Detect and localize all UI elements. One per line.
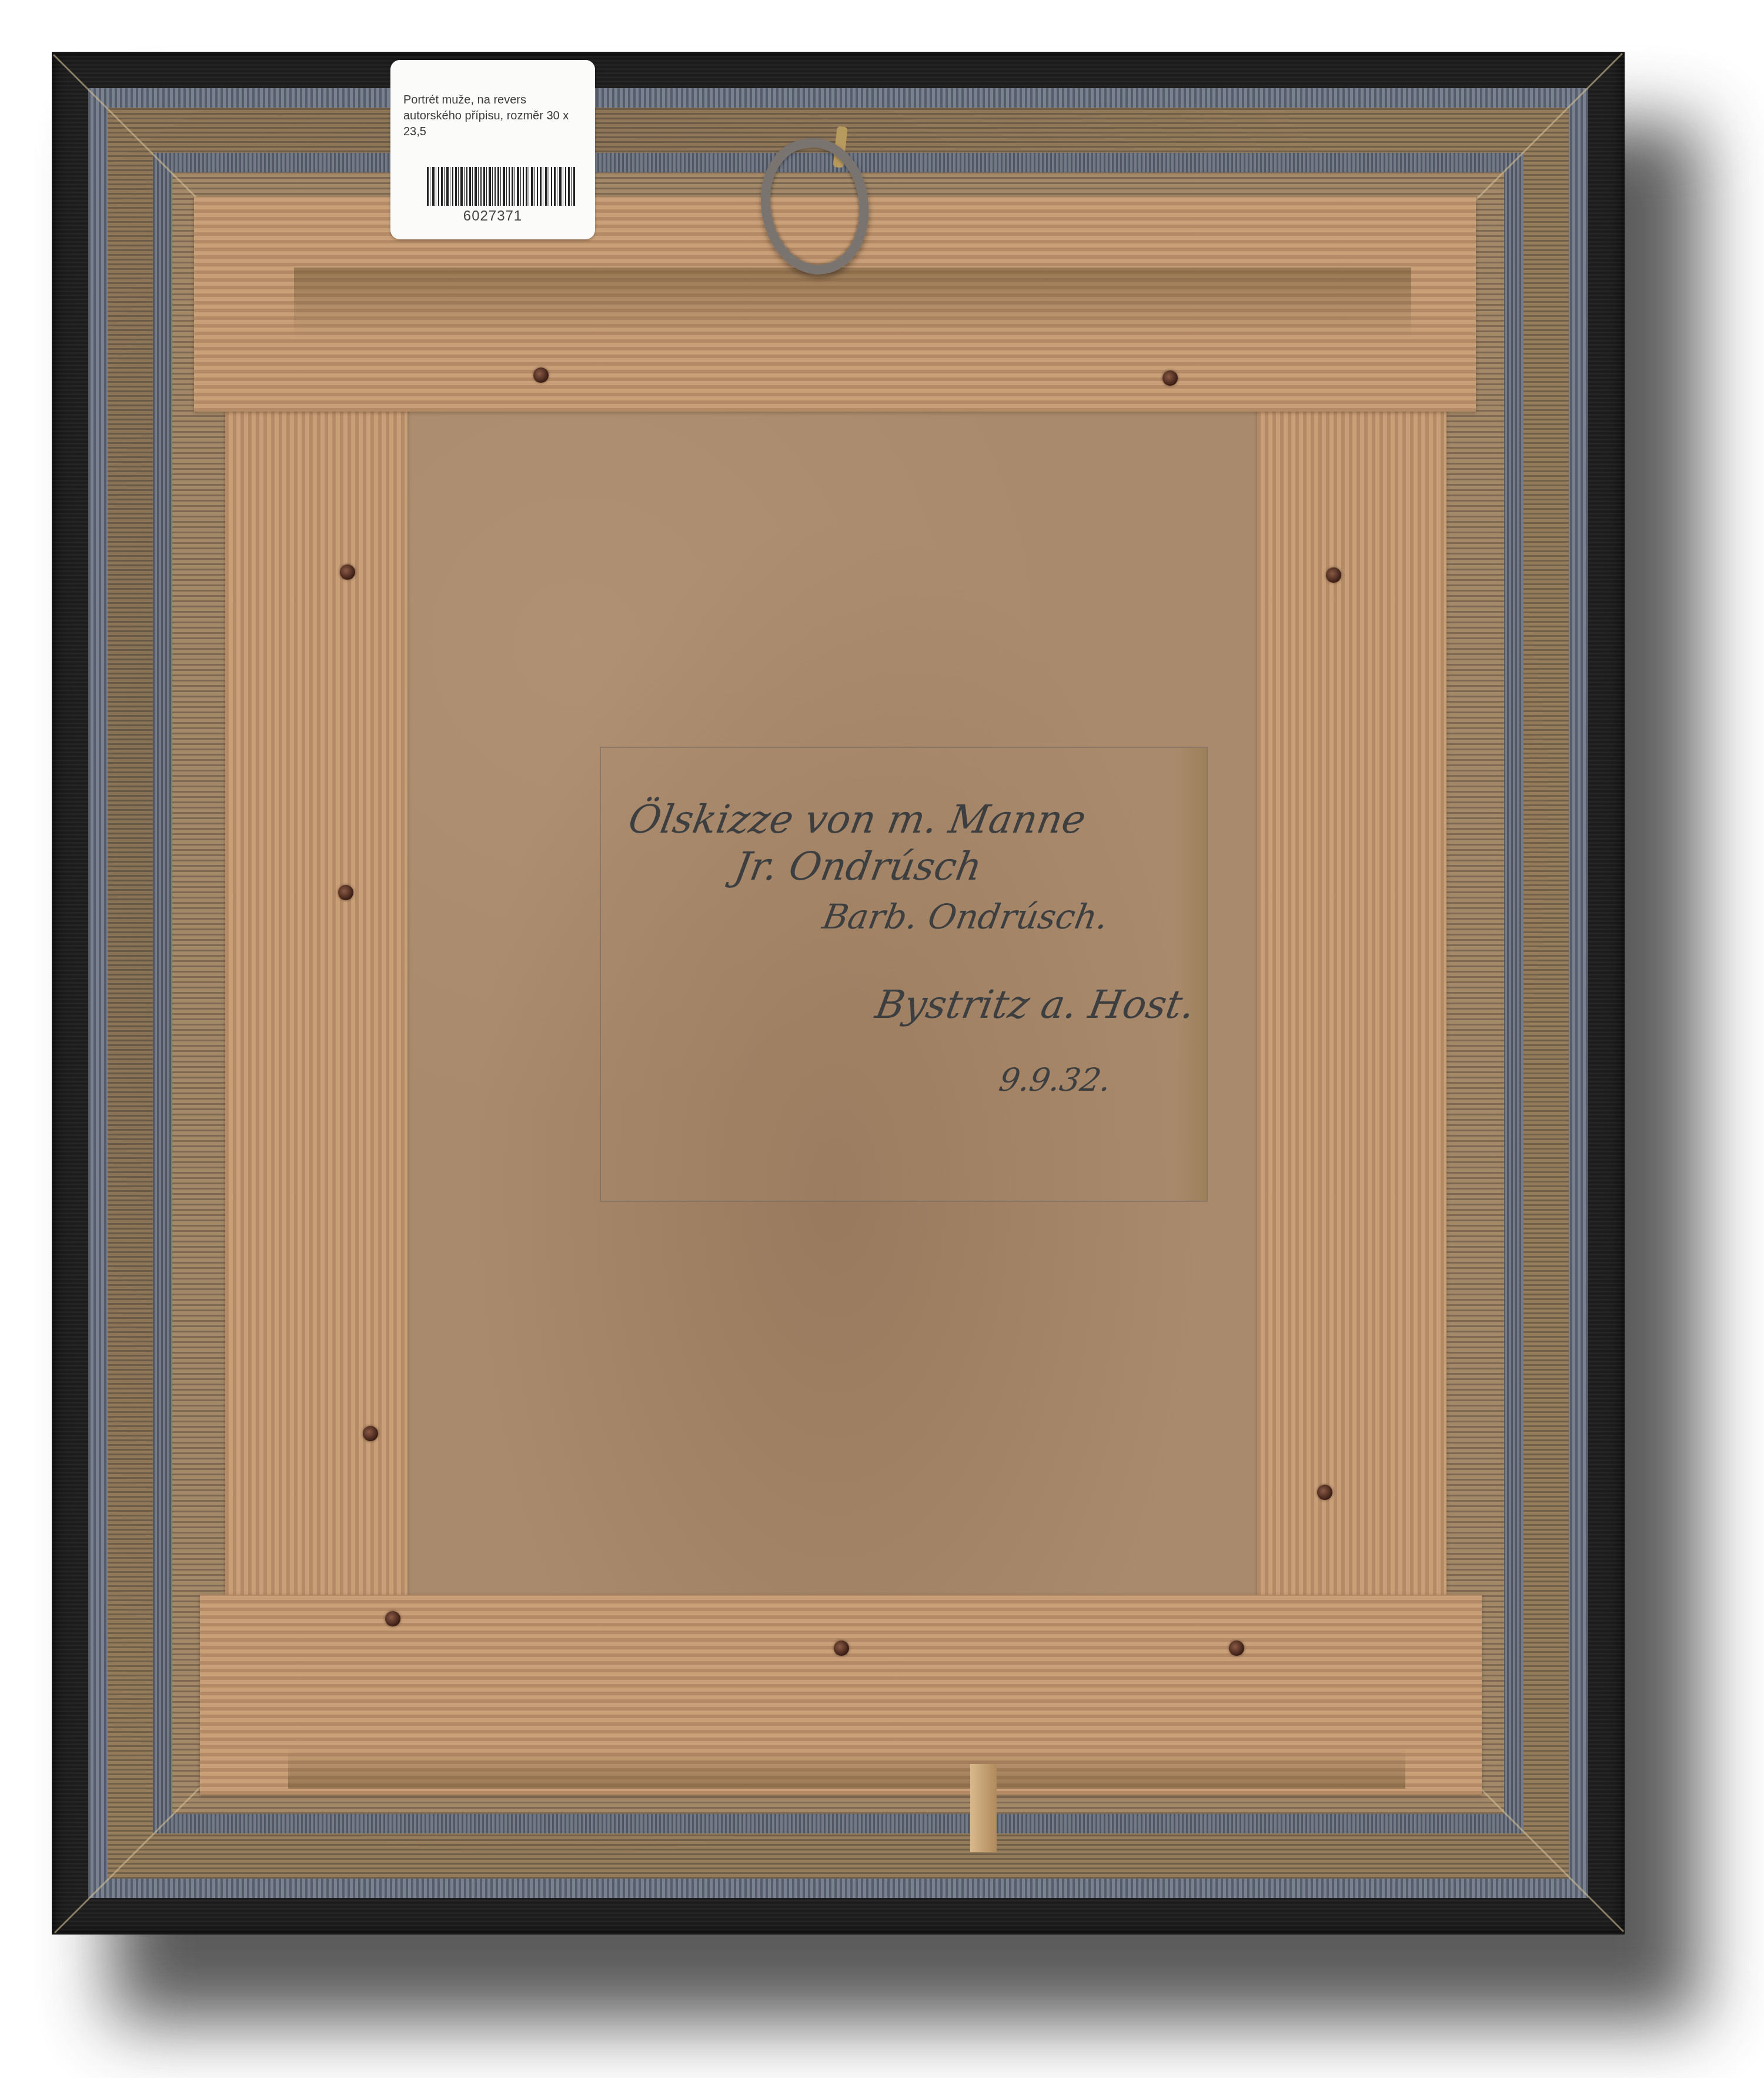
nail: [1162, 370, 1178, 386]
inscription-line-3: Barb. Ondrúsch.: [820, 897, 1111, 937]
nail: [834, 1641, 849, 1656]
nail: [385, 1611, 400, 1626]
barcode-number: 6027371: [390, 208, 595, 225]
nail: [363, 1426, 378, 1441]
tape-left: [225, 376, 407, 1635]
nail: [1317, 1485, 1332, 1500]
inscription-line-1: Ölskizze von m. Manne: [625, 797, 1089, 842]
inscription-line-2: Jr. Ondrúsch: [731, 844, 985, 889]
label-description: Portrét muže, na revers autorského přípi…: [403, 92, 586, 140]
nail: [533, 368, 549, 383]
nail: [340, 564, 355, 580]
inventory-label: Portrét muže, na revers autorského přípi…: [390, 60, 595, 239]
tape-right: [1257, 376, 1446, 1635]
inscription-line-4: Bystritz a. Host.: [872, 982, 1198, 1027]
inscription-line-5: 9.9.32.: [996, 1061, 1114, 1098]
nail: [1326, 567, 1341, 583]
wood-splinter: [970, 1764, 997, 1852]
nail: [1229, 1641, 1244, 1656]
barcode-icon: [427, 167, 575, 206]
nail: [338, 885, 353, 900]
